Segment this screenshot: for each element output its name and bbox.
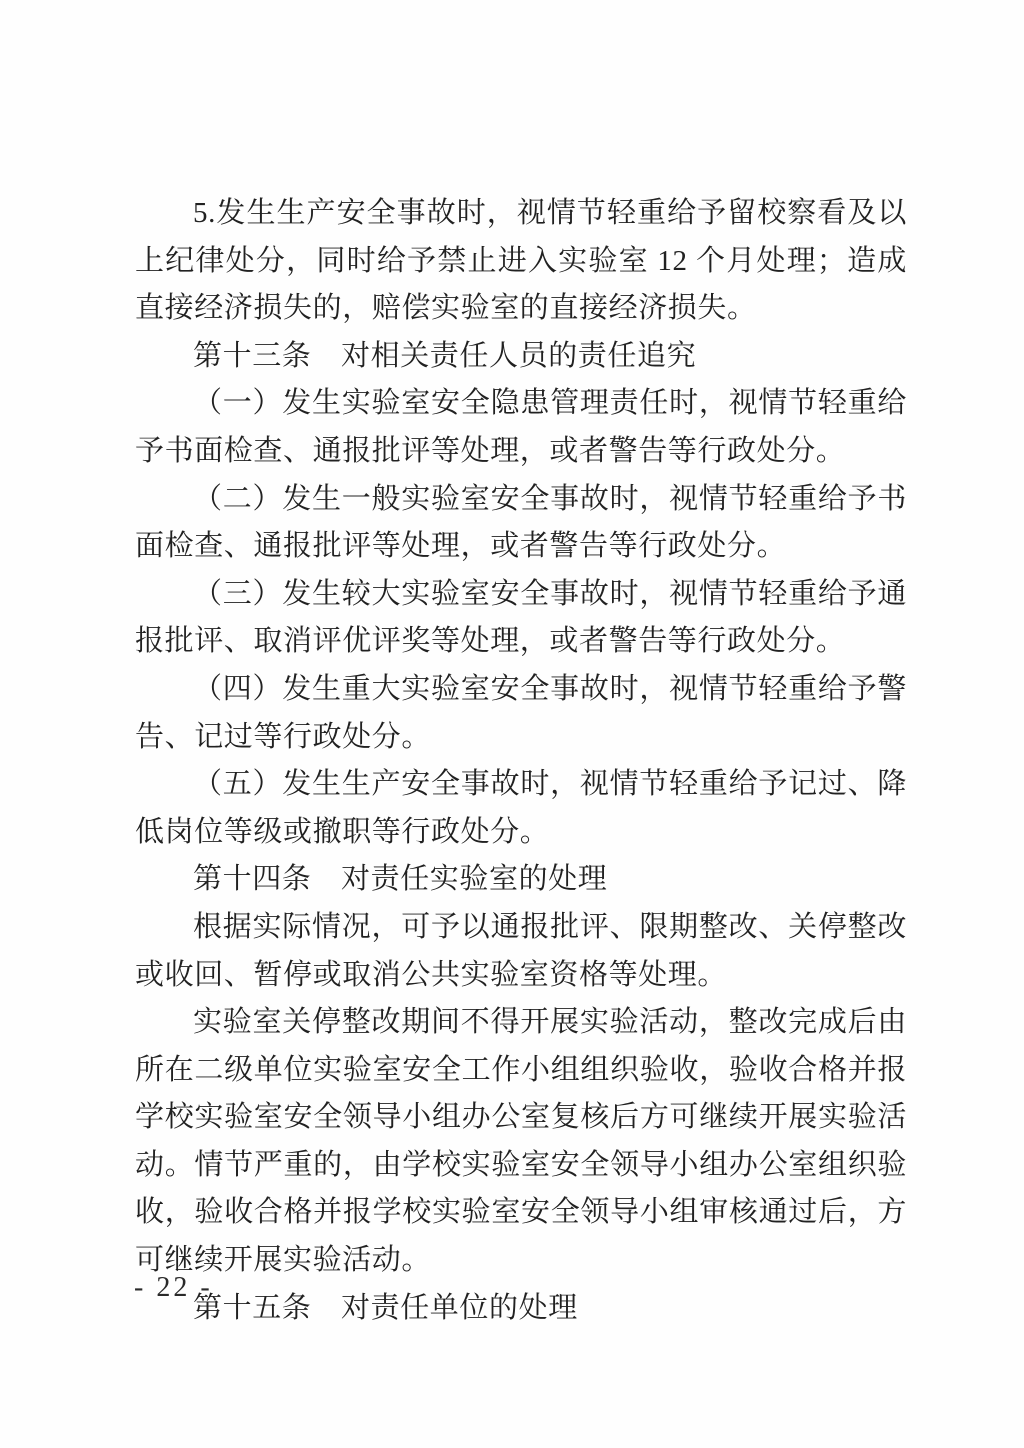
paragraph-clause-4: （四）发生重大实验室安全事故时，视情节轻重给予警告、记过等行政处分。 [135, 666, 907, 761]
paragraph-clause-3: （三）发生较大实验室安全事故时，视情节轻重给予通报批评、取消评优评奖等处理，或者… [135, 571, 907, 666]
document-body: 5.发生生产安全事故时，视情节轻重给予留校察看及以上纪律处分，同时给予禁止进入实… [135, 190, 907, 1332]
paragraph-lab-handling: 根据实际情况，可予以通报批评、限期整改、关停整改或收回、暂停或取消公共实验室资格… [135, 904, 907, 999]
section-heading-article-13: 第十三条 对相关责任人员的责任追究 [135, 333, 907, 381]
paragraph-item-5-production-accident: 5.发生生产安全事故时，视情节轻重给予留校察看及以上纪律处分，同时给予禁止进入实… [135, 190, 907, 333]
section-heading-article-14: 第十四条 对责任实验室的处理 [135, 856, 907, 904]
paragraph-clause-5: （五）发生生产安全事故时，视情节轻重给予记过、降低岗位等级或撤职等行政处分。 [135, 761, 907, 856]
paragraph-clause-2: （二）发生一般实验室安全事故时，视情节轻重给予书面检查、通报批评等处理，或者警告… [135, 476, 907, 571]
document-page: 5.发生生产安全事故时，视情节轻重给予留校察看及以上纪律处分，同时给予禁止进入实… [0, 0, 1024, 1448]
page-number: - 22 - [134, 1272, 213, 1304]
paragraph-lab-rectification: 实验室关停整改期间不得开展实验活动，整改完成后由所在二级单位实验室安全工作小组组… [135, 999, 907, 1285]
section-heading-article-15: 第十五条 对责任单位的处理 [135, 1285, 907, 1333]
paragraph-clause-1: （一）发生实验室安全隐患管理责任时，视情节轻重给予书面检查、通报批评等处理，或者… [135, 380, 907, 475]
